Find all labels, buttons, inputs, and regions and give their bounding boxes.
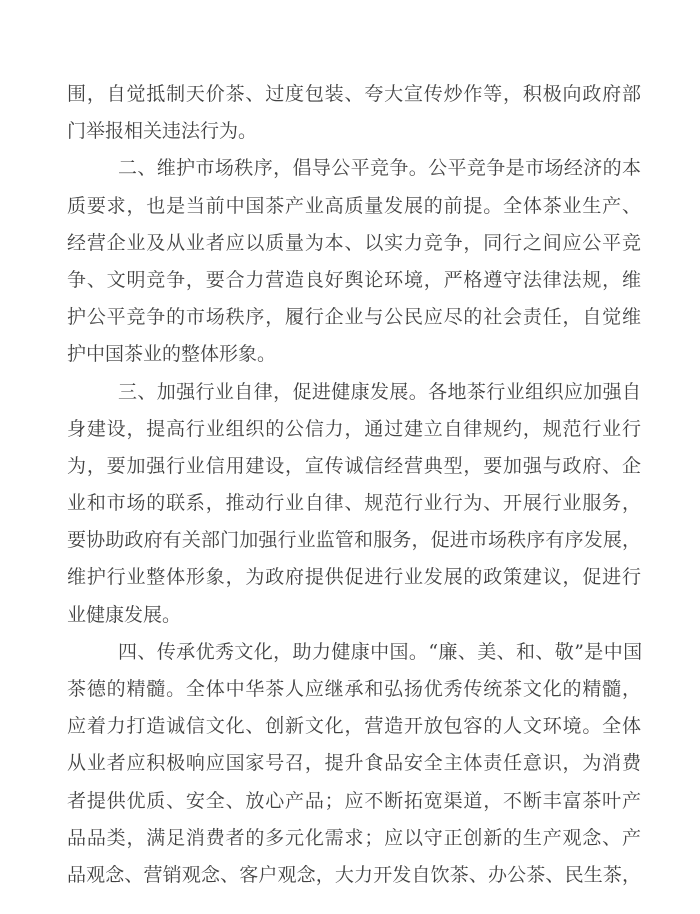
text-line: 业健康发展。 (67, 597, 641, 634)
text-line: 身建设，提高行业组织的公信力，通过建立自律规约，规范行业行 (67, 411, 641, 448)
text-line: 围，自觉抵制天价茶、过度包装、夸大宣传炒作等，积极向政府部 (67, 76, 641, 113)
text-line: 品观念、营销观念、客户观念，大力开发自饮茶、办公茶、民生茶， (67, 857, 641, 894)
text-line: 品品类，满足消费者的多元化需求；应以守正创新的生产观念、产 (67, 820, 641, 857)
text-line: 质要求，也是当前中国茶产业高质量发展的前提。全体茶业生产、 (67, 188, 641, 225)
text-line: 应着力打造诚信文化、创新文化，营造开放包容的人文环境。全体 (67, 708, 641, 745)
text-line: 护公平竞争的市场秩序，履行企业与公民应尽的社会责任，自觉维 (67, 299, 641, 336)
text-line: 维护行业整体形象，为政府提供促进行业发展的政策建议，促进行 (67, 559, 641, 596)
text-line: 四、传承优秀文化，助力健康中国。“廉、美、和、敬”是中国 (67, 634, 641, 671)
text-line: 从业者应积极响应国家号召，提升食品安全主体责任意识，为消费 (67, 745, 641, 782)
document-page: 围，自觉抵制天价茶、过度包装、夸大宣传炒作等，积极向政府部门举报相关违法行为。二… (0, 0, 700, 914)
text-line: 争、文明竞争，要合力营造良好舆论环境，严格遵守法律法规，维 (67, 262, 641, 299)
text-line: 者提供优质、安全、放心产品；应不断拓宽渠道，不断丰富茶叶产 (67, 783, 641, 820)
text-line: 门举报相关违法行为。 (67, 113, 641, 150)
text-line: 经营企业及从业者应以质量为本、以实力竞争，同行之间应公平竞 (67, 225, 641, 262)
text-line: 二、维护市场秩序，倡导公平竞争。公平竞争是市场经济的本 (67, 150, 641, 187)
text-line: 要协助政府有关部门加强行业监管和服务，促进市场秩序有序发展， (67, 522, 641, 559)
text-line: 为，要加强行业信用建设，宣传诚信经营典型，要加强与政府、企 (67, 448, 641, 485)
document-body: 围，自觉抵制天价茶、过度包装、夸大宣传炒作等，积极向政府部门举报相关违法行为。二… (67, 76, 641, 894)
text-line: 业和市场的联系，推动行业自律、规范行业行为、开展行业服务， (67, 485, 641, 522)
text-line: 护中国茶业的整体形象。 (67, 336, 641, 373)
text-line: 茶德的精髓。全体中华茶人应继承和弘扬优秀传统茶文化的精髓， (67, 671, 641, 708)
text-line: 三、加强行业自律，促进健康发展。各地茶行业组织应加强自 (67, 374, 641, 411)
